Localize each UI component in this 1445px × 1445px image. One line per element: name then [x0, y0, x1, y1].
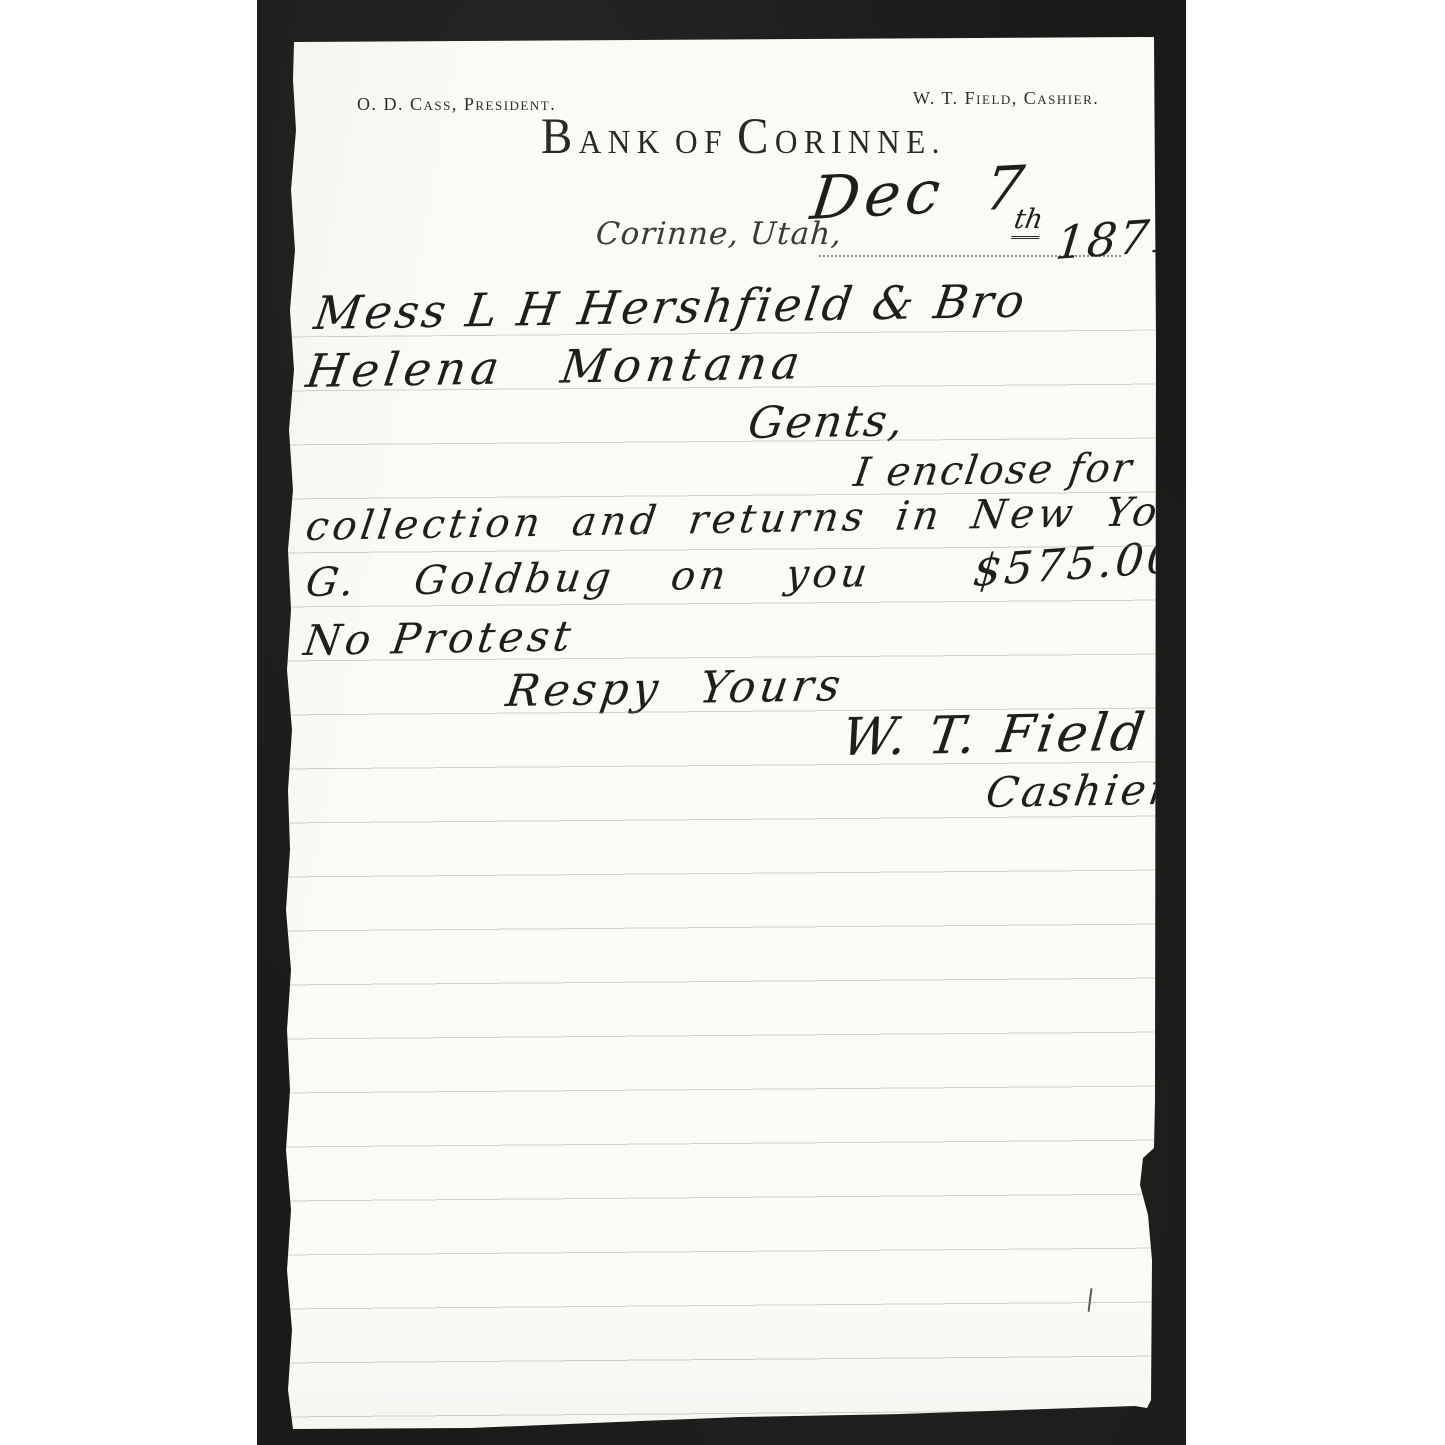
letter-paper: O. D. Cass, President. W. T. Field, Cash… [283, 36, 1159, 1432]
closing-line: Respy Yours [503, 660, 847, 717]
recipient-line-2: Helena Montana [303, 335, 808, 398]
bank-title-initial-b: B [541, 109, 579, 165]
bank-title-part1: ank [579, 124, 666, 161]
bank-title-of: of [675, 124, 728, 161]
body-line-3: G. Goldbug on you [303, 550, 874, 606]
bank-title-initial-c: C [737, 109, 775, 165]
recipient-line-1: Mess L H Hershfield & Bro [311, 274, 1031, 340]
salutation: Gents, [745, 395, 908, 449]
body-line-1: I enclose for [851, 445, 1136, 496]
signature: W. T. Field [838, 703, 1151, 768]
body-line-4: No Protest [301, 611, 578, 665]
stray-ink-mark [1088, 1288, 1093, 1312]
letterhead-president: O. D. Cass, President. [357, 94, 556, 115]
bank-title: BankofCorinne. [541, 120, 946, 162]
bank-title-part2: orinne. [775, 124, 946, 161]
scanned-letter-page: O. D. Cass, President. W. T. Field, Cash… [0, 0, 1445, 1445]
letterhead-cashier: W. T. Field, Cashier. [913, 88, 1099, 109]
handwritten-date-ordinal: th [1011, 204, 1045, 239]
signature-title: Cashier [983, 765, 1176, 817]
amount-figure: $575.00 [971, 532, 1180, 597]
handwritten-date: Dec 7 [807, 153, 1033, 234]
